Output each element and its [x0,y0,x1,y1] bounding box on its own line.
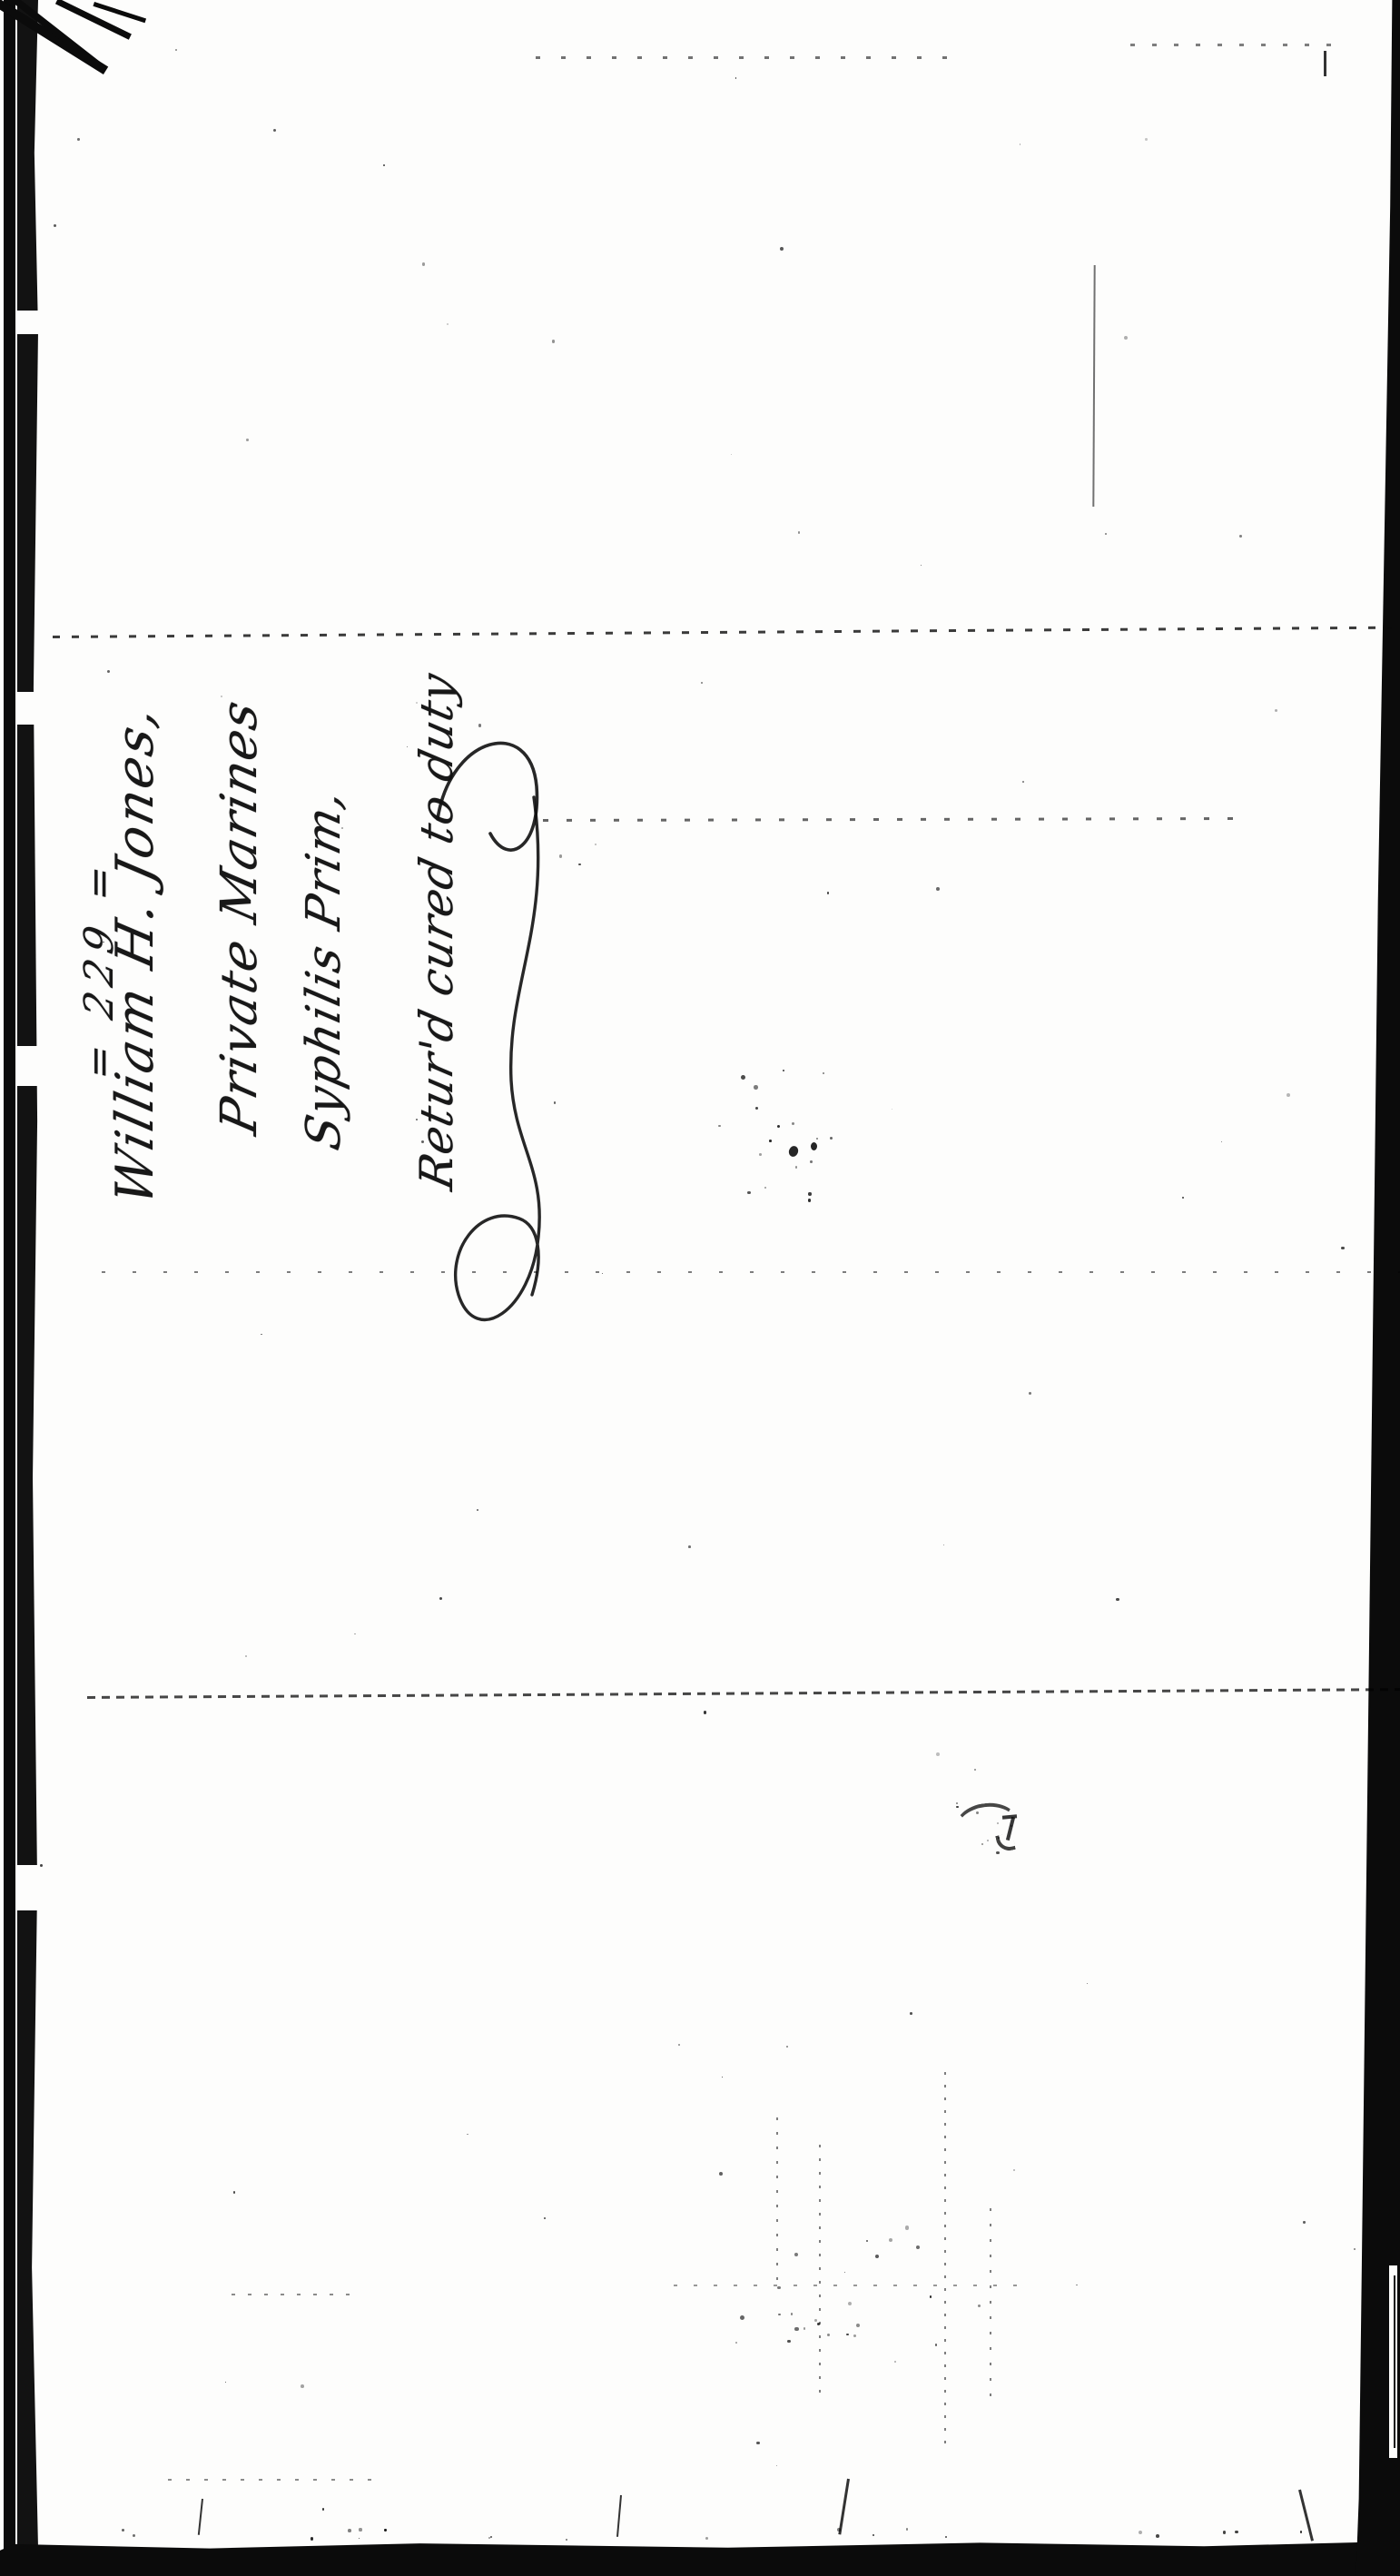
speck [777,2286,781,2290]
speck [930,2295,932,2297]
speck [1076,2285,1077,2285]
speck [478,724,481,726]
speck [945,2536,947,2538]
speck [846,2334,849,2336]
speck [844,2272,845,2273]
patient-name: William H. Jones, [105,698,165,1210]
speck [490,2536,492,2538]
fold-line [543,817,1233,822]
speck [133,2534,135,2537]
speck [1354,2248,1356,2250]
speck [175,49,177,51]
speck [735,77,737,79]
speck [407,746,408,747]
speck [107,670,110,673]
speck [722,2077,723,2078]
scan-right-hairline [1394,2275,1395,2448]
speck [40,1864,43,1867]
pencil-grid-line [990,2208,991,2397]
ink-smudge [811,1142,817,1150]
speck [54,224,56,227]
speck [544,2217,546,2219]
speck [978,2305,981,2307]
speck [921,565,922,567]
pen-tick [198,2499,203,2535]
pen-flourish-icon [425,710,552,1355]
speck [221,696,222,696]
speck [1223,2531,1226,2533]
speck [384,2529,386,2531]
speck [827,892,829,893]
speck [1239,535,1242,538]
speck [1182,1197,1184,1199]
speck [997,1822,999,1824]
speck [808,1199,812,1202]
fold-line [536,56,953,59]
stamp-smudge-stroke [995,1832,1016,1853]
speck [1029,1392,1031,1395]
speck [1156,2534,1159,2538]
pencil-grid-line [819,2145,821,2399]
speck [1087,1983,1089,1985]
speck [786,2046,788,2048]
speck [1011,1825,1012,1827]
fold-line [53,627,1392,638]
speck [122,2529,124,2532]
speck [755,1107,758,1110]
speck [783,1070,784,1071]
speck [804,2327,805,2329]
speck [1303,2221,1305,2223]
crease-line [1092,265,1095,507]
speck [688,1545,691,1548]
speck [808,1192,811,1195]
speck [794,2327,798,2331]
speck [943,1545,944,1545]
speck [998,1837,1000,1839]
show-through-line [232,2294,359,2295]
speck [935,2344,937,2345]
speck [856,2324,860,2327]
scan-right-border [1351,0,1400,2576]
speck [225,2382,226,2383]
binding-gap [16,692,40,725]
binding-gap [16,311,40,334]
speck [1105,533,1107,535]
scan-left-binding-texture [17,0,38,2548]
speck [552,340,556,343]
speck [830,1137,833,1140]
speck [769,1140,772,1142]
speck [718,1125,720,1127]
speck [477,1509,478,1511]
speck [936,1752,940,1756]
speck [233,2191,236,2194]
speck [246,439,249,441]
speck [383,164,385,166]
speck [794,2253,798,2256]
speck [741,1075,745,1080]
speck [787,2340,790,2343]
speck [422,262,425,265]
speck [916,2245,920,2249]
speck [892,1109,892,1110]
speck [956,1806,958,1808]
speck [894,2361,896,2363]
speck [777,1125,780,1128]
speck [910,2012,912,2015]
speck [974,1769,976,1771]
speck [798,531,800,533]
speck [701,682,704,685]
speck [602,1273,603,1274]
speck [322,2508,325,2511]
speck [827,2334,830,2336]
show-through-line [674,2285,1023,2286]
speck [747,1191,750,1194]
speck [559,854,563,858]
speck [1300,2531,1303,2533]
speck [348,2529,351,2532]
speck [792,1122,794,1125]
speck [554,1101,556,1103]
speck [754,1085,758,1090]
fold-line [1130,44,1348,46]
fold-line [87,1688,1400,1699]
binding-gap [16,1865,40,1910]
speck [936,887,940,891]
speck [439,1597,442,1600]
pen-tick [838,2479,850,2535]
speck [301,2384,304,2388]
speck [359,2528,361,2531]
speck [875,2255,879,2258]
speck [77,138,80,141]
pen-tick [616,2495,622,2537]
speck [889,2238,892,2242]
speck [791,2313,794,2315]
speck [1145,138,1148,141]
scan-left-border [4,0,15,2553]
speck [1124,336,1128,340]
speck [447,323,449,325]
speck [956,1802,958,1804]
scan-bottom-border [0,2541,1400,2576]
pencil-grid-line [944,2072,946,2453]
speck [1287,1093,1290,1097]
speck [1022,781,1024,783]
speck [705,2537,708,2540]
rank-line: Private Marines [210,694,268,1140]
speck [354,1633,356,1635]
binding-gap [16,1046,40,1086]
speck [1139,2531,1142,2534]
speck [1020,143,1020,144]
speck [816,1138,818,1140]
speck [678,2044,680,2046]
speck [1013,2169,1016,2172]
speck [261,1334,262,1336]
speck [795,1166,797,1168]
show-through-line [168,2479,377,2481]
speck [776,2465,777,2466]
speck [578,864,581,866]
speck [810,1160,813,1163]
speck [1341,1247,1345,1250]
pen-tick [1298,2490,1314,2541]
speck [814,2319,817,2322]
speck [853,2334,856,2337]
speck [359,2538,360,2539]
speck [731,454,732,455]
speck [759,1153,762,1156]
speck [311,2537,313,2540]
pen-tick [1324,51,1326,76]
speck [245,1655,247,1657]
ink-smudge [787,1145,800,1159]
speck [595,844,596,845]
speck [740,2315,744,2320]
fold-line [102,1271,1400,1273]
speck [1221,1141,1222,1142]
speck [273,129,276,132]
speck [996,1851,999,1854]
diagnosis-line: Syphilis Prim, [297,784,351,1155]
speck [566,2539,567,2541]
speck [756,2442,760,2445]
speck [905,2226,909,2229]
speck [1275,709,1277,712]
speck [735,2342,737,2344]
speck [467,2134,468,2135]
speck [778,2314,780,2315]
speck [866,2240,868,2242]
speck [873,2534,874,2536]
scanned-document-page: = 229 = William H. Jones, Private Marine… [0,0,1400,2576]
speck [1235,2531,1237,2533]
speck [704,1711,706,1713]
speck [848,2302,852,2305]
speck [823,1072,824,1074]
pencil-grid-line [776,2117,778,2290]
speck [837,2528,841,2532]
speck [906,2528,908,2530]
speck [780,247,784,251]
speck [764,1187,766,1189]
speck [719,2172,723,2176]
speck [1116,1598,1119,1602]
